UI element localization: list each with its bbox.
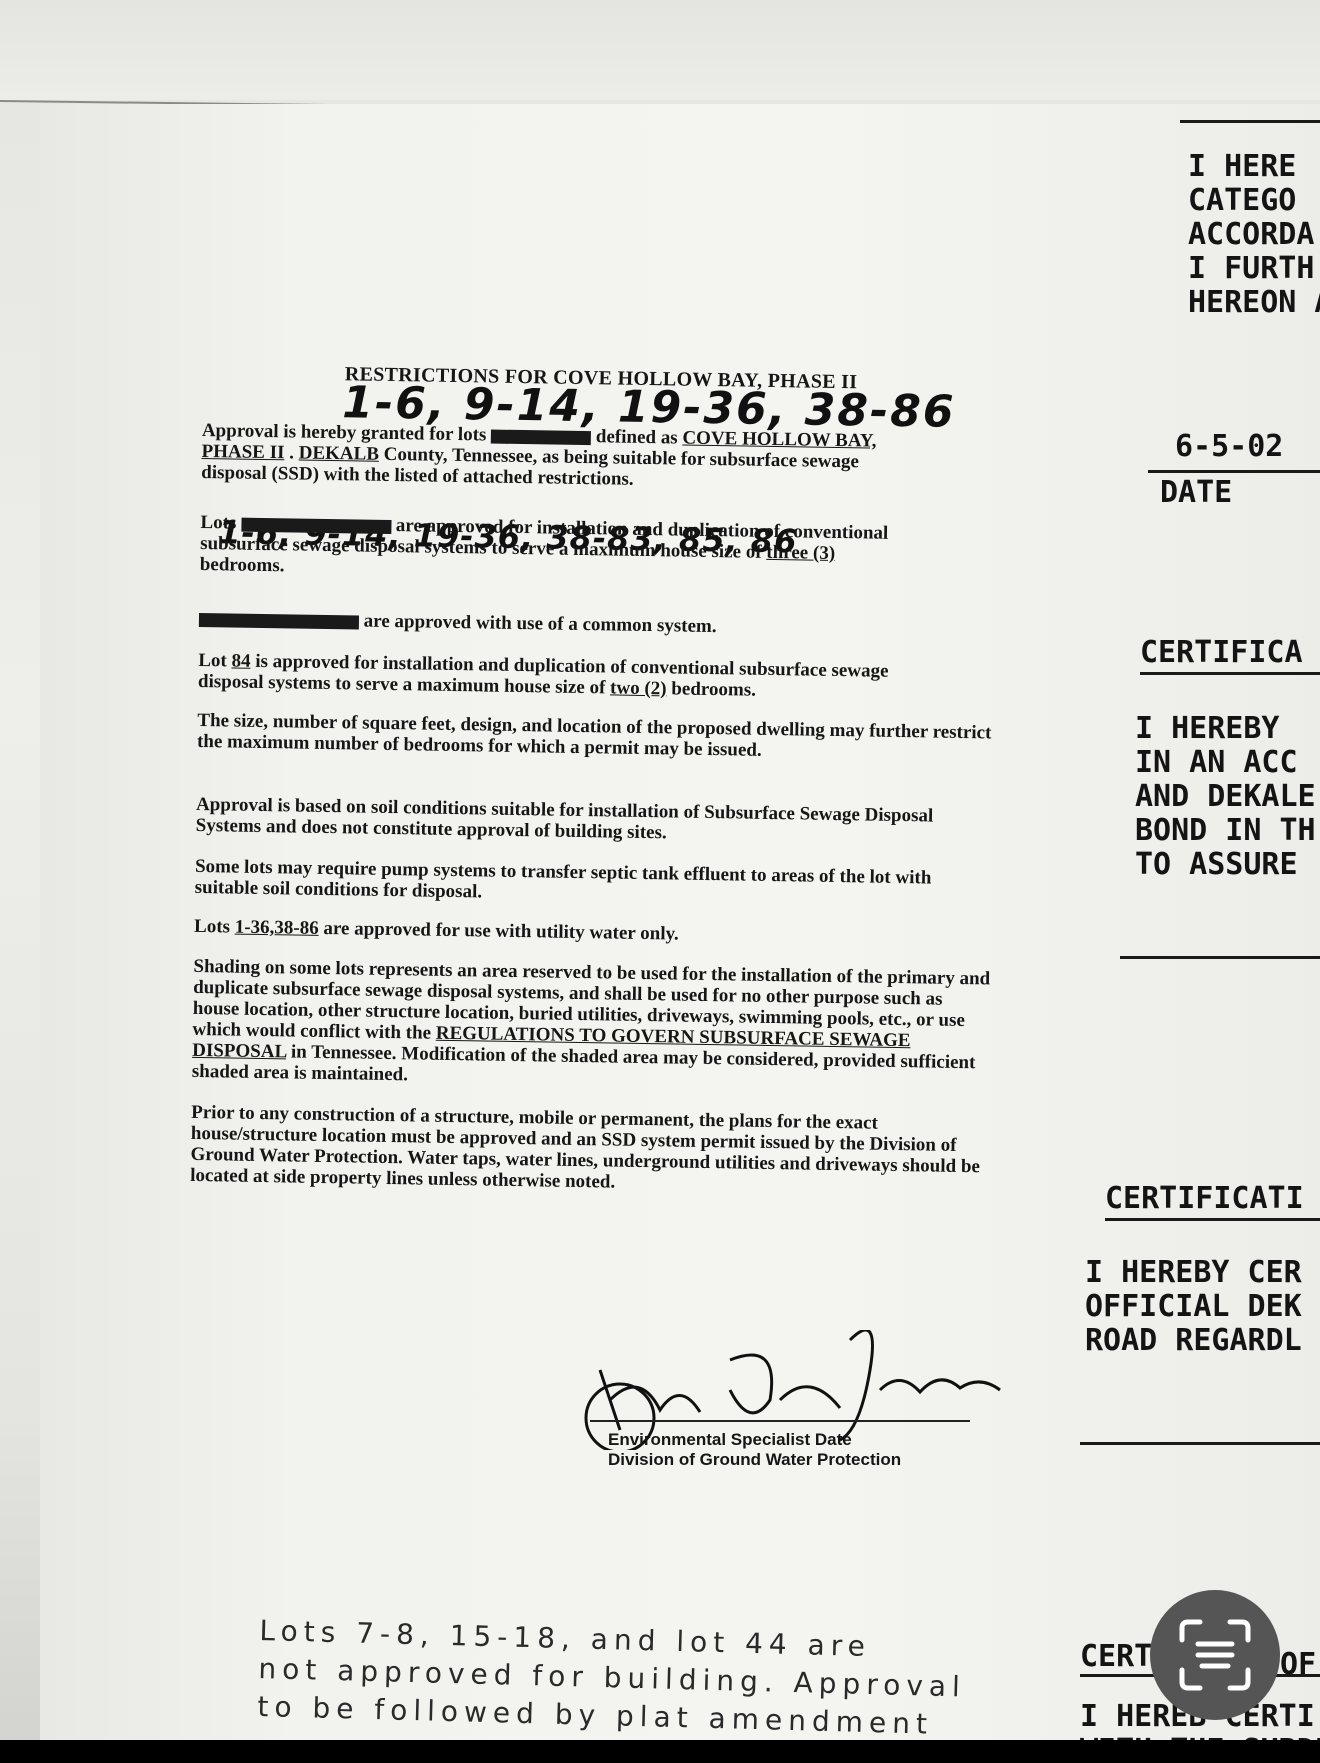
signature-division-label: Division of Ground Water Protection (608, 1450, 901, 1470)
struck-out-lots (199, 613, 359, 630)
certificate-1-text: I HERE CATEGO ACCORDA I FURTH HEREON A (1188, 150, 1320, 320)
signature-line (590, 1420, 970, 1422)
paragraph-approval: Approval is hereby granted for lots defi… (201, 420, 1002, 496)
paragraph-conventional-lots: Lots are approved for installation and d… (200, 512, 1001, 588)
monitor-top-bezel (0, 0, 1320, 100)
handwritten-note: Lots 7-8, 15-18, and lot 44 are not appr… (257, 1612, 1020, 1746)
certificate-3-text: I HEREBY CER OFFICIAL DEK ROAD REGARDL (1085, 1256, 1302, 1358)
certificate-3-heading: CERTIFICATI (1105, 1182, 1304, 1216)
photo-bottom-edge (0, 1740, 1320, 1763)
rule (1148, 470, 1320, 473)
struck-out-lots (241, 517, 391, 533)
phase-label: PHASE II (201, 441, 284, 463)
subdivision-name: COVE HOLLOW BAY, (682, 428, 876, 452)
signature-line (1120, 956, 1320, 959)
paragraph-shading: Shading on some lots represents an area … (192, 956, 994, 1095)
signature-role-label: Environmental Specialist Date (608, 1430, 852, 1450)
struck-out-lots (491, 429, 591, 445)
handwritten-lots-annotation: 1-6, 9-14, 19-36, 38-86 (342, 392, 955, 423)
rule (1140, 672, 1320, 675)
live-text-scan-button[interactable] (1150, 1590, 1280, 1720)
rule (1180, 120, 1320, 123)
date-label: DATE (1160, 476, 1232, 510)
signature-block: Environmental Specialist Date Division o… (590, 1370, 1090, 1480)
paragraph-prior-construction: Prior to any construction of a structure… (190, 1102, 991, 1199)
signature-line (1080, 1442, 1320, 1445)
plat-certificates-column: I HERE CATEGO ACCORDA I FURTH HEREON A 6… (1080, 100, 1320, 1760)
county-name: DEKALB (299, 443, 380, 465)
certificate-2-heading: CERTIFICA (1140, 636, 1303, 670)
certificate-2-text: I HEREBY IN AN ACC AND DEKALE BOND IN TH… (1135, 712, 1316, 882)
rule (1105, 1218, 1320, 1221)
live-text-scan-icon (1178, 1618, 1252, 1692)
date-value: 6-5-02 (1175, 430, 1283, 464)
